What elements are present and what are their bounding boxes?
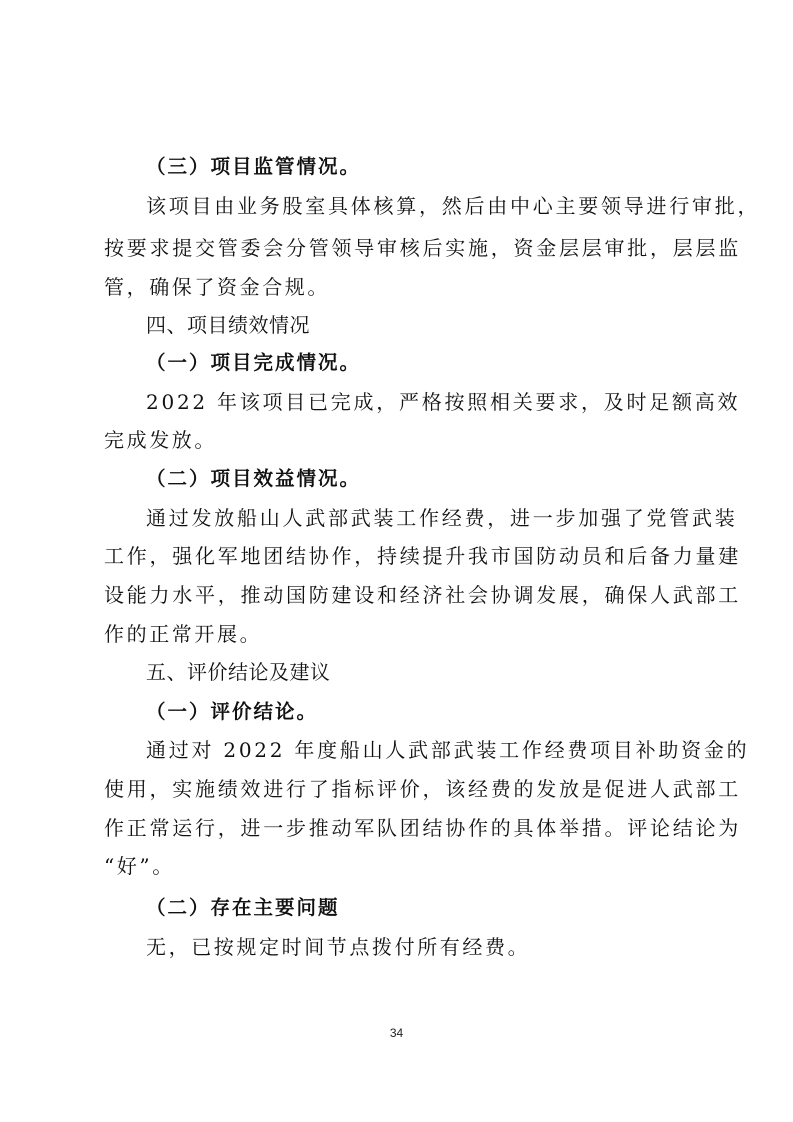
paragraph-line: 无，已按规定时间节点拨付所有经费。 — [146, 935, 694, 959]
page-number: 34 — [0, 1026, 793, 1040]
section-heading-performance: 四、项目绩效情况 — [146, 313, 736, 337]
paragraph-line: 作的正常开展。 — [104, 622, 694, 646]
heading-evaluation-conclusion: （一）评价结论。 — [146, 700, 736, 724]
paragraph-line: 设能力水平，推动国防建设和经济社会协调发展，确保人武部工 — [104, 583, 694, 607]
paragraph-line: 完成发放。 — [104, 428, 694, 452]
heading-project-supervision: （三）项目监管情况。 — [146, 155, 736, 179]
heading-project-benefits: （二）项目效益情况。 — [146, 467, 736, 491]
paragraph-line: 2022 年该项目已完成，严格按照相关要求，及时足额高效 — [146, 390, 694, 414]
paragraph-line: 使用，实施绩效进行了指标评价，该经费的发放是促进人武部工 — [104, 777, 694, 801]
paragraph-line: 按要求提交管委会分管领导审核后实施，资金层层审批，层层监 — [104, 236, 694, 260]
paragraph-line: 作正常运行，进一步推动军队团结协作的具体举措。评论结论为 — [104, 816, 694, 840]
heading-main-problems: （二）存在主要问题 — [146, 896, 736, 920]
paragraph-line: 工作，强化军地团结协作，持续提升我市国防动员和后备力量建 — [104, 544, 694, 568]
paragraph-line: 通过发放船山人武部武装工作经费，进一步加强了党管武装 — [146, 506, 694, 530]
heading-project-completion: （一）项目完成情况。 — [146, 351, 736, 375]
paragraph-line: 管，确保了资金合规。 — [104, 275, 694, 299]
section-heading-conclusion: 五、评价结论及建议 — [146, 660, 736, 684]
paragraph-line: 通过对 2022 年度船山人武部武装工作经费项目补助资金的 — [146, 738, 694, 762]
paragraph-line: “好”。 — [104, 854, 694, 878]
paragraph-line: 该项目由业务股室具体核算，然后由中心主要领导进行审批， — [146, 194, 694, 218]
